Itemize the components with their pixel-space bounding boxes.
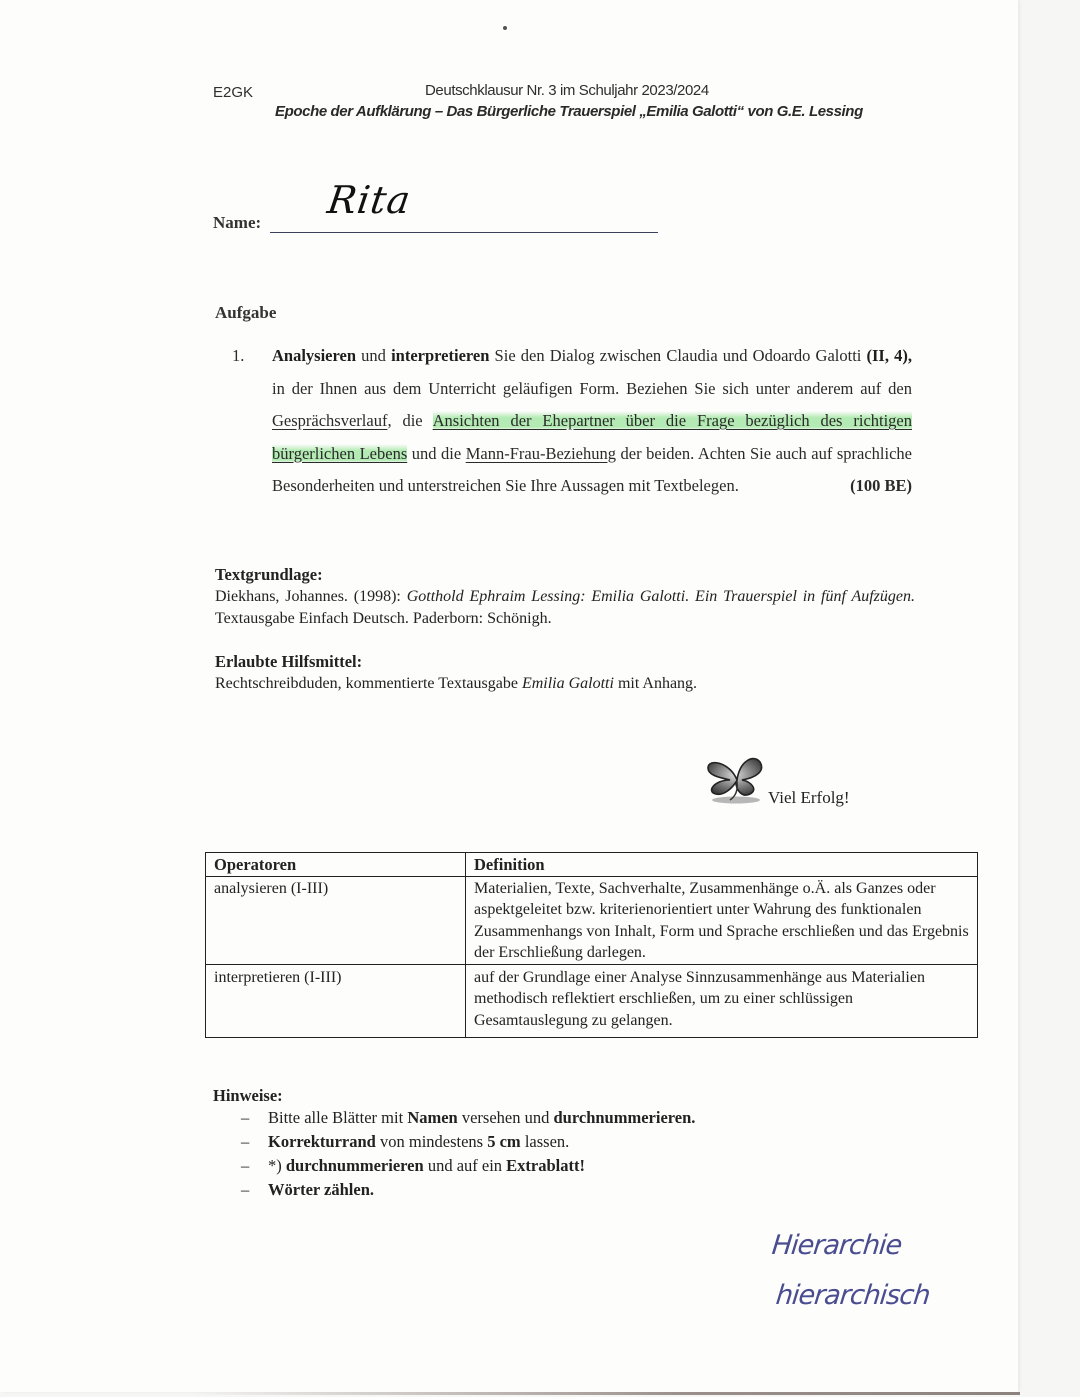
hint-bold: 5 cm <box>487 1132 520 1151</box>
operator-cell: interpretieren (I-III) <box>206 964 466 1037</box>
clover-icon <box>700 750 775 810</box>
hints: Hinweise: –Bitte alle Blätter mit Namen … <box>213 1086 695 1202</box>
hint-item: –Bitte alle Blätter mit Namen versehen u… <box>241 1106 695 1130</box>
text-fragment: in der Ihnen aus dem Unterricht geläufig… <box>272 379 912 398</box>
allowed-aids: Erlaubte Hilfsmittel: Rechtschreibduden,… <box>215 651 915 695</box>
text-basis-citation: Diekhans, Johannes. (1998): Gotthold Eph… <box>215 586 915 630</box>
hints-heading: Hinweise: <box>213 1086 695 1106</box>
dash-bullet: – <box>241 1130 249 1154</box>
definition-cell: Materialien, Texte, Sachverhalte, Zusamm… <box>466 876 978 964</box>
exam-sheet: E2GK Deutschklausur Nr. 3 im Schuljahr 2… <box>0 0 1018 1392</box>
name-handwritten: Rita <box>325 178 414 222</box>
operator-interpret: interpretieren <box>391 346 489 365</box>
citation-publisher: Textausgabe Einfach Deutsch. Paderborn: … <box>215 610 552 627</box>
task-points: (100 BE) <box>850 470 912 503</box>
hint-text: *) <box>268 1156 286 1175</box>
text-basis: Textgrundlage: Diekhans, Johannes. (1998… <box>215 564 915 630</box>
scene-reference: (II, 4), <box>867 346 912 365</box>
hint-text: von mindestens <box>376 1132 487 1151</box>
hint-bold: Korrekturrand <box>268 1132 376 1151</box>
text-fragment: und die <box>407 444 465 463</box>
name-line <box>270 231 658 233</box>
task-heading: Aufgabe <box>215 303 276 323</box>
dash-bullet: – <box>241 1178 249 1202</box>
handwritten-note: Hierarchie <box>770 1230 902 1261</box>
task-text: Analysieren und interpretieren Sie den D… <box>272 340 912 503</box>
punch-mark <box>503 26 507 30</box>
aids-text: Rechtschreibduden, kommentierte Textausg… <box>215 675 522 692</box>
exam-subtitle: Epoche der Aufklärung – Das Bürgerliche … <box>275 103 863 120</box>
dash-bullet: – <box>241 1154 249 1178</box>
aspect-relationship: Mann-Frau-Beziehung <box>466 444 616 463</box>
dash-bullet: – <box>241 1106 249 1130</box>
hint-bold: Wörter zählen. <box>268 1180 374 1199</box>
hint-text: und auf ein <box>424 1156 506 1175</box>
allowed-aids-heading: Erlaubte Hilfsmittel: <box>215 651 915 673</box>
hint-item: –Korrekturrand von mindestens 5 cm lasse… <box>241 1130 695 1154</box>
citation-author: Diekhans, Johannes. (1998): <box>215 588 407 605</box>
hint-item: –*) durchnummerieren und auf ein Extrabl… <box>241 1154 695 1178</box>
aids-title: Emilia Galotti <box>522 675 614 692</box>
hint-bold: durchnummerieren <box>286 1156 424 1175</box>
page-shadow-edge <box>190 1392 1020 1395</box>
aspect-conversation: Gesprächsverlauf <box>272 411 387 430</box>
text-basis-heading: Textgrundlage: <box>215 564 915 586</box>
table-row: interpretieren (I-III) auf der Grundlage… <box>206 964 978 1037</box>
operator-cell: analysieren (I-III) <box>206 876 466 964</box>
name-label: Name: <box>213 213 261 233</box>
hint-bold: Namen <box>407 1108 457 1127</box>
task-1: 1. Analysieren und interpretieren Sie de… <box>232 340 912 503</box>
exam-title: Deutschklausur Nr. 3 im Schuljahr 2023/2… <box>425 82 709 99</box>
hint-text: Bitte alle Blätter mit <box>268 1108 407 1127</box>
hint-bold: Extrablatt! <box>506 1156 585 1175</box>
table-header-row: Operatoren Definition <box>206 853 978 877</box>
operators-table: Operatoren Definition analysieren (I-III… <box>205 852 978 1038</box>
task-number: 1. <box>232 340 244 373</box>
aids-text: mit Anhang. <box>614 675 697 692</box>
good-luck-text: Viel Erfolg! <box>768 788 850 808</box>
header-definition: Definition <box>466 853 978 877</box>
header-operators: Operatoren <box>206 853 466 877</box>
allowed-aids-text: Rechtschreibduden, kommentierte Textausg… <box>215 673 915 695</box>
course-code: E2GK <box>213 84 253 101</box>
hint-text: versehen und <box>458 1108 554 1127</box>
table-row: analysieren (I-III) Materialien, Texte, … <box>206 876 978 964</box>
hint-item: –Wörter zählen. <box>241 1178 695 1202</box>
text-fragment: und <box>356 346 391 365</box>
operator-analyze: Analysieren <box>272 346 356 365</box>
citation-title: Gotthold Ephraim Lessing: Emilia Galotti… <box>407 588 915 605</box>
text-fragment: , die <box>387 411 432 430</box>
hint-bold: durchnummerieren. <box>554 1108 696 1127</box>
hint-text: lassen. <box>521 1132 570 1151</box>
hints-list: –Bitte alle Blätter mit Namen versehen u… <box>213 1106 695 1202</box>
definition-cell: auf der Grundlage einer Analyse Sinnzusa… <box>466 964 978 1037</box>
handwritten-note: hierarchisch <box>774 1280 931 1311</box>
text-fragment: Sie den Dialog zwischen Claudia und Odoa… <box>489 346 866 365</box>
